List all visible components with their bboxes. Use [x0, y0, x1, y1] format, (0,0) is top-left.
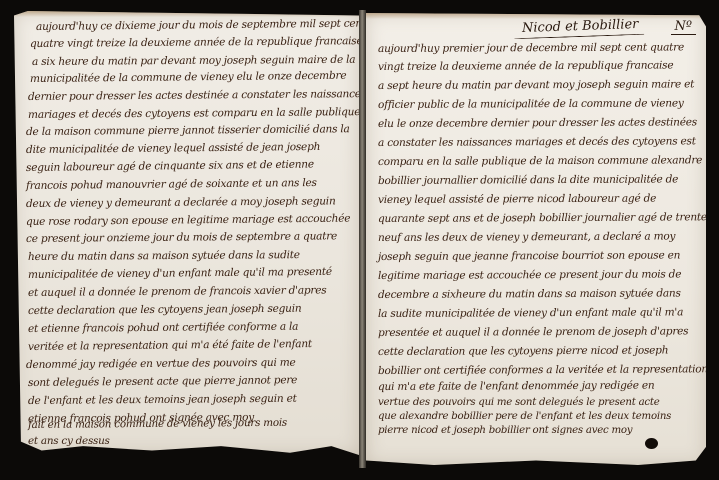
- text-line: a sept heure du matin par devant moy jos…: [378, 78, 694, 92]
- text-line: municipalitée de vieney d'un enfant male…: [28, 266, 332, 281]
- text-line: la sudite municipalitée de vieney d'un e…: [378, 306, 683, 320]
- text-line: de la maison commune pierre jannot tisse…: [26, 123, 350, 138]
- left-page: aujourd'huy ce dixieme jour du mois de s…: [14, 11, 359, 455]
- right-page: Nicod et Bobillier Nº aujourd'huy premie…: [366, 13, 706, 465]
- text-line: neuf ans les deux de vieney y demeurant,…: [378, 230, 675, 244]
- text-line: officier public de la municipalitée de l…: [378, 97, 684, 111]
- text-line: aujourd'huy premier jour de decembre mil…: [378, 41, 684, 55]
- text-line: comparu en la salle publique de la maiso…: [378, 154, 702, 168]
- ink-blot: [645, 438, 658, 449]
- text-line: mariages et decés des cytoyens est compa…: [28, 106, 359, 121]
- text-line: cette declaration que les cytoyens pierr…: [378, 344, 668, 358]
- text-line: cette declaration que les cytoyens jean …: [28, 303, 302, 317]
- text-line: quatre vingt treize la deuxieme année de…: [30, 35, 359, 50]
- text-line: quarante sept ans et de joseph bobillier…: [378, 211, 706, 225]
- left-page-text: aujourd'huy ce dixieme jour du mois de s…: [14, 11, 359, 455]
- text-line: dite municipalitée de vieney lequel assi…: [26, 141, 320, 156]
- text-line: elu le onze decembre dernier pour dresse…: [378, 116, 697, 130]
- text-line: de l'enfant et les deux temoins jean jos…: [28, 393, 297, 407]
- text-line: a constater les naissances mariages et d…: [378, 135, 696, 149]
- text-line: deux de vieney y demeurant a declarée a …: [26, 195, 336, 210]
- binding-gutter: [359, 10, 366, 468]
- text-line: heure du matin dans sa maison sytuée dan…: [28, 249, 300, 263]
- text-line: veritée et la representation qui m'a été…: [28, 338, 312, 353]
- text-line: et auquel il a donnée le prenom de franc…: [28, 284, 327, 299]
- text-line: decembre a sixheure du matin dans sa mai…: [378, 287, 681, 301]
- text-line: vieney lequel assisté de pierre nicod la…: [378, 193, 656, 206]
- text-line: a six heure du matin par devant moy jose…: [32, 54, 355, 68]
- text-line: legitime mariage est accouchée ce presen…: [378, 268, 681, 282]
- text-line: dernier pour dresser les actes destinée …: [28, 88, 359, 103]
- text-line: etienne francois pohud ont signée avec m…: [28, 411, 254, 425]
- text-line: que rose rodary son epouse en legitime m…: [26, 213, 350, 228]
- text-line: ce present jour onzieme jour du mois de …: [26, 230, 337, 245]
- text-line: francois pohud manouvrier agé de soixant…: [26, 177, 317, 192]
- text-line: denommé jay redigée en vertue des pouvoi…: [26, 357, 296, 371]
- text-line: seguin laboureur agé de cinquante six an…: [26, 158, 314, 174]
- text-line: municipalitée de la commune de vieney el…: [30, 70, 346, 85]
- text-line: joseph seguin que jeanne francoise bourr…: [378, 249, 680, 263]
- text-line: presentée et auquel il a donnée le preno…: [378, 325, 688, 339]
- text-line: qui m'a ete faite de l'enfant denommée j…: [378, 380, 654, 393]
- right-page-text: aujourd'huy premier jour de decembre mil…: [366, 13, 706, 465]
- text-line: aujourd'huy ce dixieme jour du mois de s…: [36, 18, 359, 33]
- text-line: sont delegués le present acte que pierre…: [28, 374, 297, 389]
- text-line: vingt treize la deuxieme année de la rep…: [378, 59, 673, 73]
- text-line: et etienne francois pohud ont certifiée …: [28, 321, 298, 335]
- text-line: bobillier journallier domicilié dans la …: [378, 173, 678, 187]
- text-line: bobillier ont certifiée conformes a la v…: [378, 363, 706, 377]
